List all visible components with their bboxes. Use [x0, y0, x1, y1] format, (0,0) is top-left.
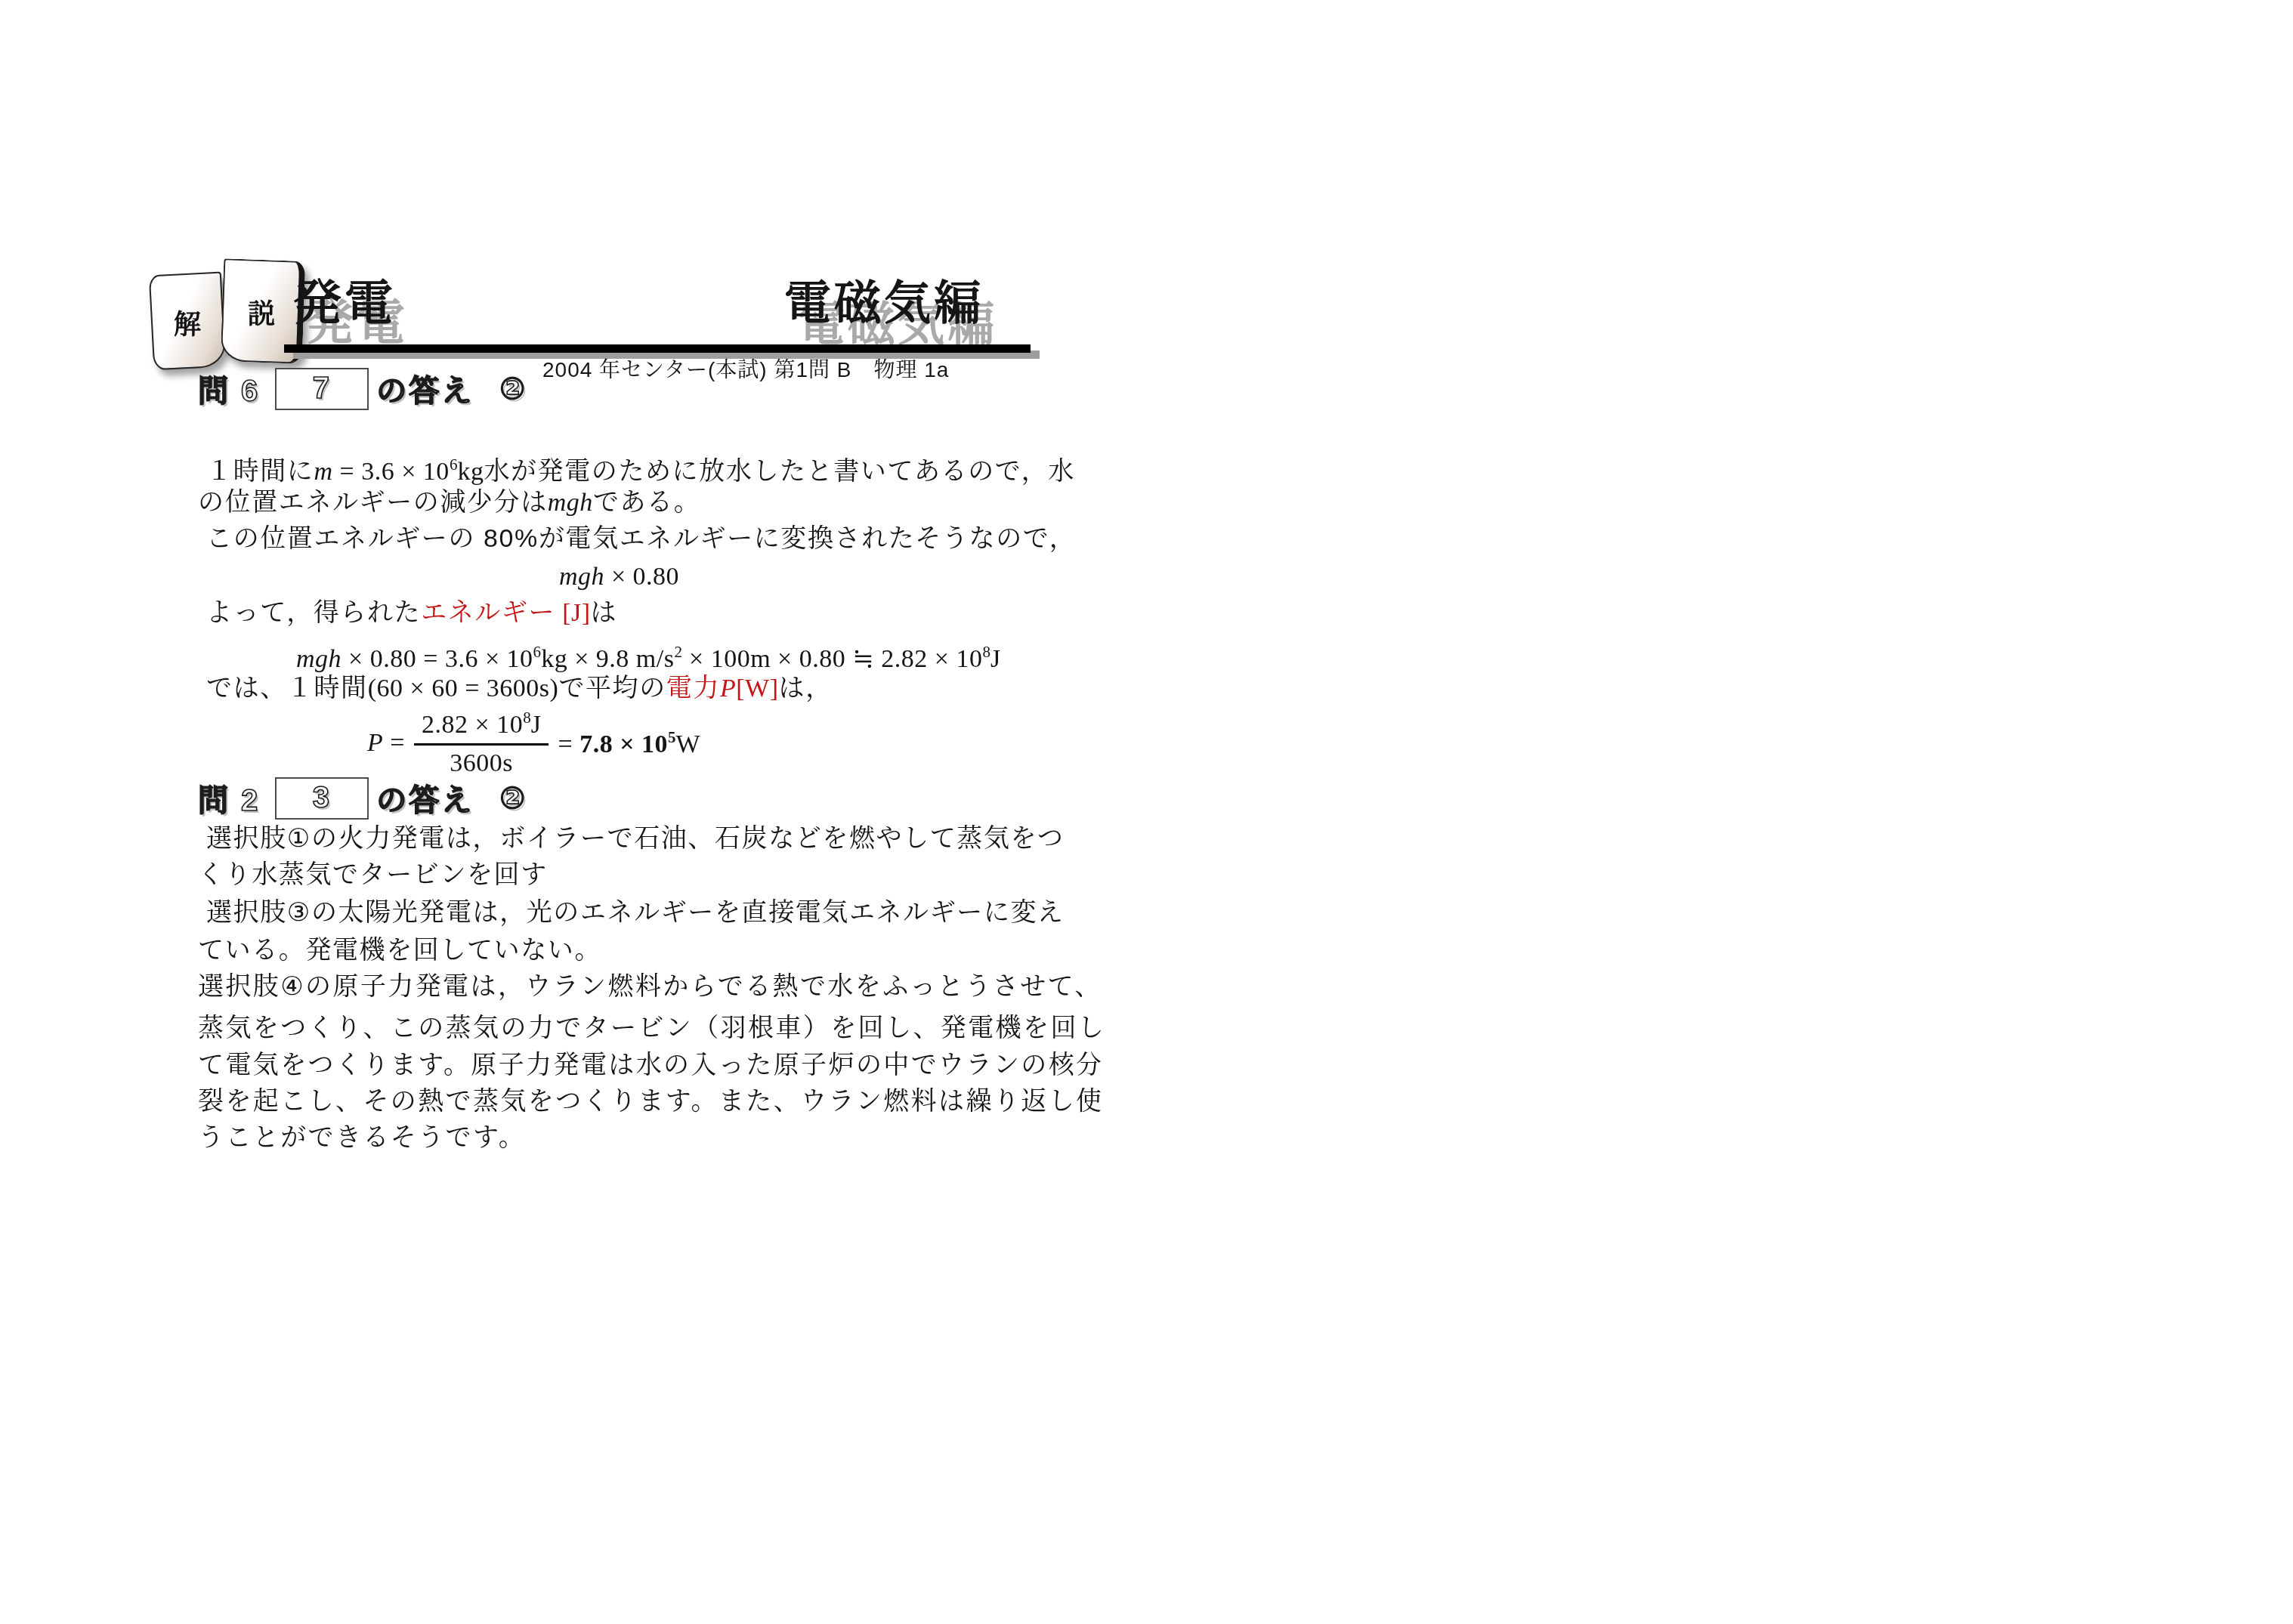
text-line: よって，得られたエネルギー [J]は: [198, 594, 1040, 632]
power-formula: P = 2.82 × 108J 3600s = 7.8 × 105W: [367, 709, 700, 778]
fraction-numerator: 2.82 × 108J: [414, 709, 549, 743]
text-line: 選択肢①の火力発電は，ボイラーで石油、石炭などを燃やして蒸気をつ: [198, 820, 1040, 857]
formula-mgh-080: mgh × 0.80: [198, 557, 1040, 596]
document-page: 解 説 発電 電磁気編 2004 年センター(本試) 第1問 B 物理 1a 問…: [0, 0, 2293, 1624]
text-line: ている。発電機を回していない。: [198, 931, 1040, 969]
explanation-book-icon: 解 説: [150, 255, 304, 376]
question6-answer-box: 7: [275, 368, 369, 410]
text-line: くり水蒸気でタービンを回す: [198, 856, 1040, 894]
formula-result: = 7.8 × 105W: [558, 728, 700, 759]
question6-heading: 問 6 7 の答え ②: [198, 367, 527, 410]
fraction-denominator: 3600s: [414, 743, 549, 778]
question6-answer-badge: ②: [499, 372, 527, 406]
header-rule: [284, 344, 1031, 353]
text-line: 選択肢④の原子力発電は，ウラン燃料からでる熱で水をふっとうさせて、: [198, 968, 1040, 1005]
question6-label: 問 6: [198, 367, 260, 410]
question2-answer-box: 3: [275, 777, 369, 820]
text-line: この位置エネルギーの 80%が電気エネルギーに変換されたそうなので，: [198, 520, 1040, 557]
text-line: 蒸気をつくり、この蒸気の力でタービン（羽根車）を回し、発電機を回し: [198, 1009, 1040, 1047]
question6-box-number: 7: [313, 372, 332, 406]
text-line: 選択肢③の太陽光発電は，光のエネルギーを直接電気エネルギーに変え: [198, 894, 1040, 931]
text-line: て電気をつくります。原子力発電は水の入った原子炉の中でウランの核分: [198, 1046, 1040, 1084]
text-line: の位置エネルギーの減少分はmghである。: [198, 483, 1040, 522]
edition-title: 電磁気編: [784, 266, 984, 333]
source-line: 2004 年センター(本試) 第1問 B 物理 1a: [542, 354, 949, 384]
question2-label: 問 2: [198, 776, 260, 820]
text-line: うことができるそうです。: [198, 1119, 1040, 1156]
question6-suffix: の答え: [376, 367, 474, 410]
book-left-char: 解: [174, 304, 201, 342]
question2-answer-badge: ②: [499, 781, 527, 816]
text-line: では、１時間(60 × 60 = 3600s)で平均の電力P[W]は，: [198, 669, 1040, 708]
question2-box-number: 3: [313, 781, 332, 815]
book-right-char: 説: [248, 293, 275, 332]
fraction-block: 2.82 × 108J 3600s: [414, 709, 549, 778]
question2-heading: 問 2 3 の答え ②: [198, 776, 527, 820]
formula-lhs: P =: [367, 729, 405, 758]
page-title: 発電: [293, 264, 396, 334]
text-line: 裂を起こし、その熱で蒸気をつくります。また、ウラン燃料は繰り返し使: [198, 1082, 1040, 1120]
question2-suffix: の答え: [376, 776, 474, 820]
